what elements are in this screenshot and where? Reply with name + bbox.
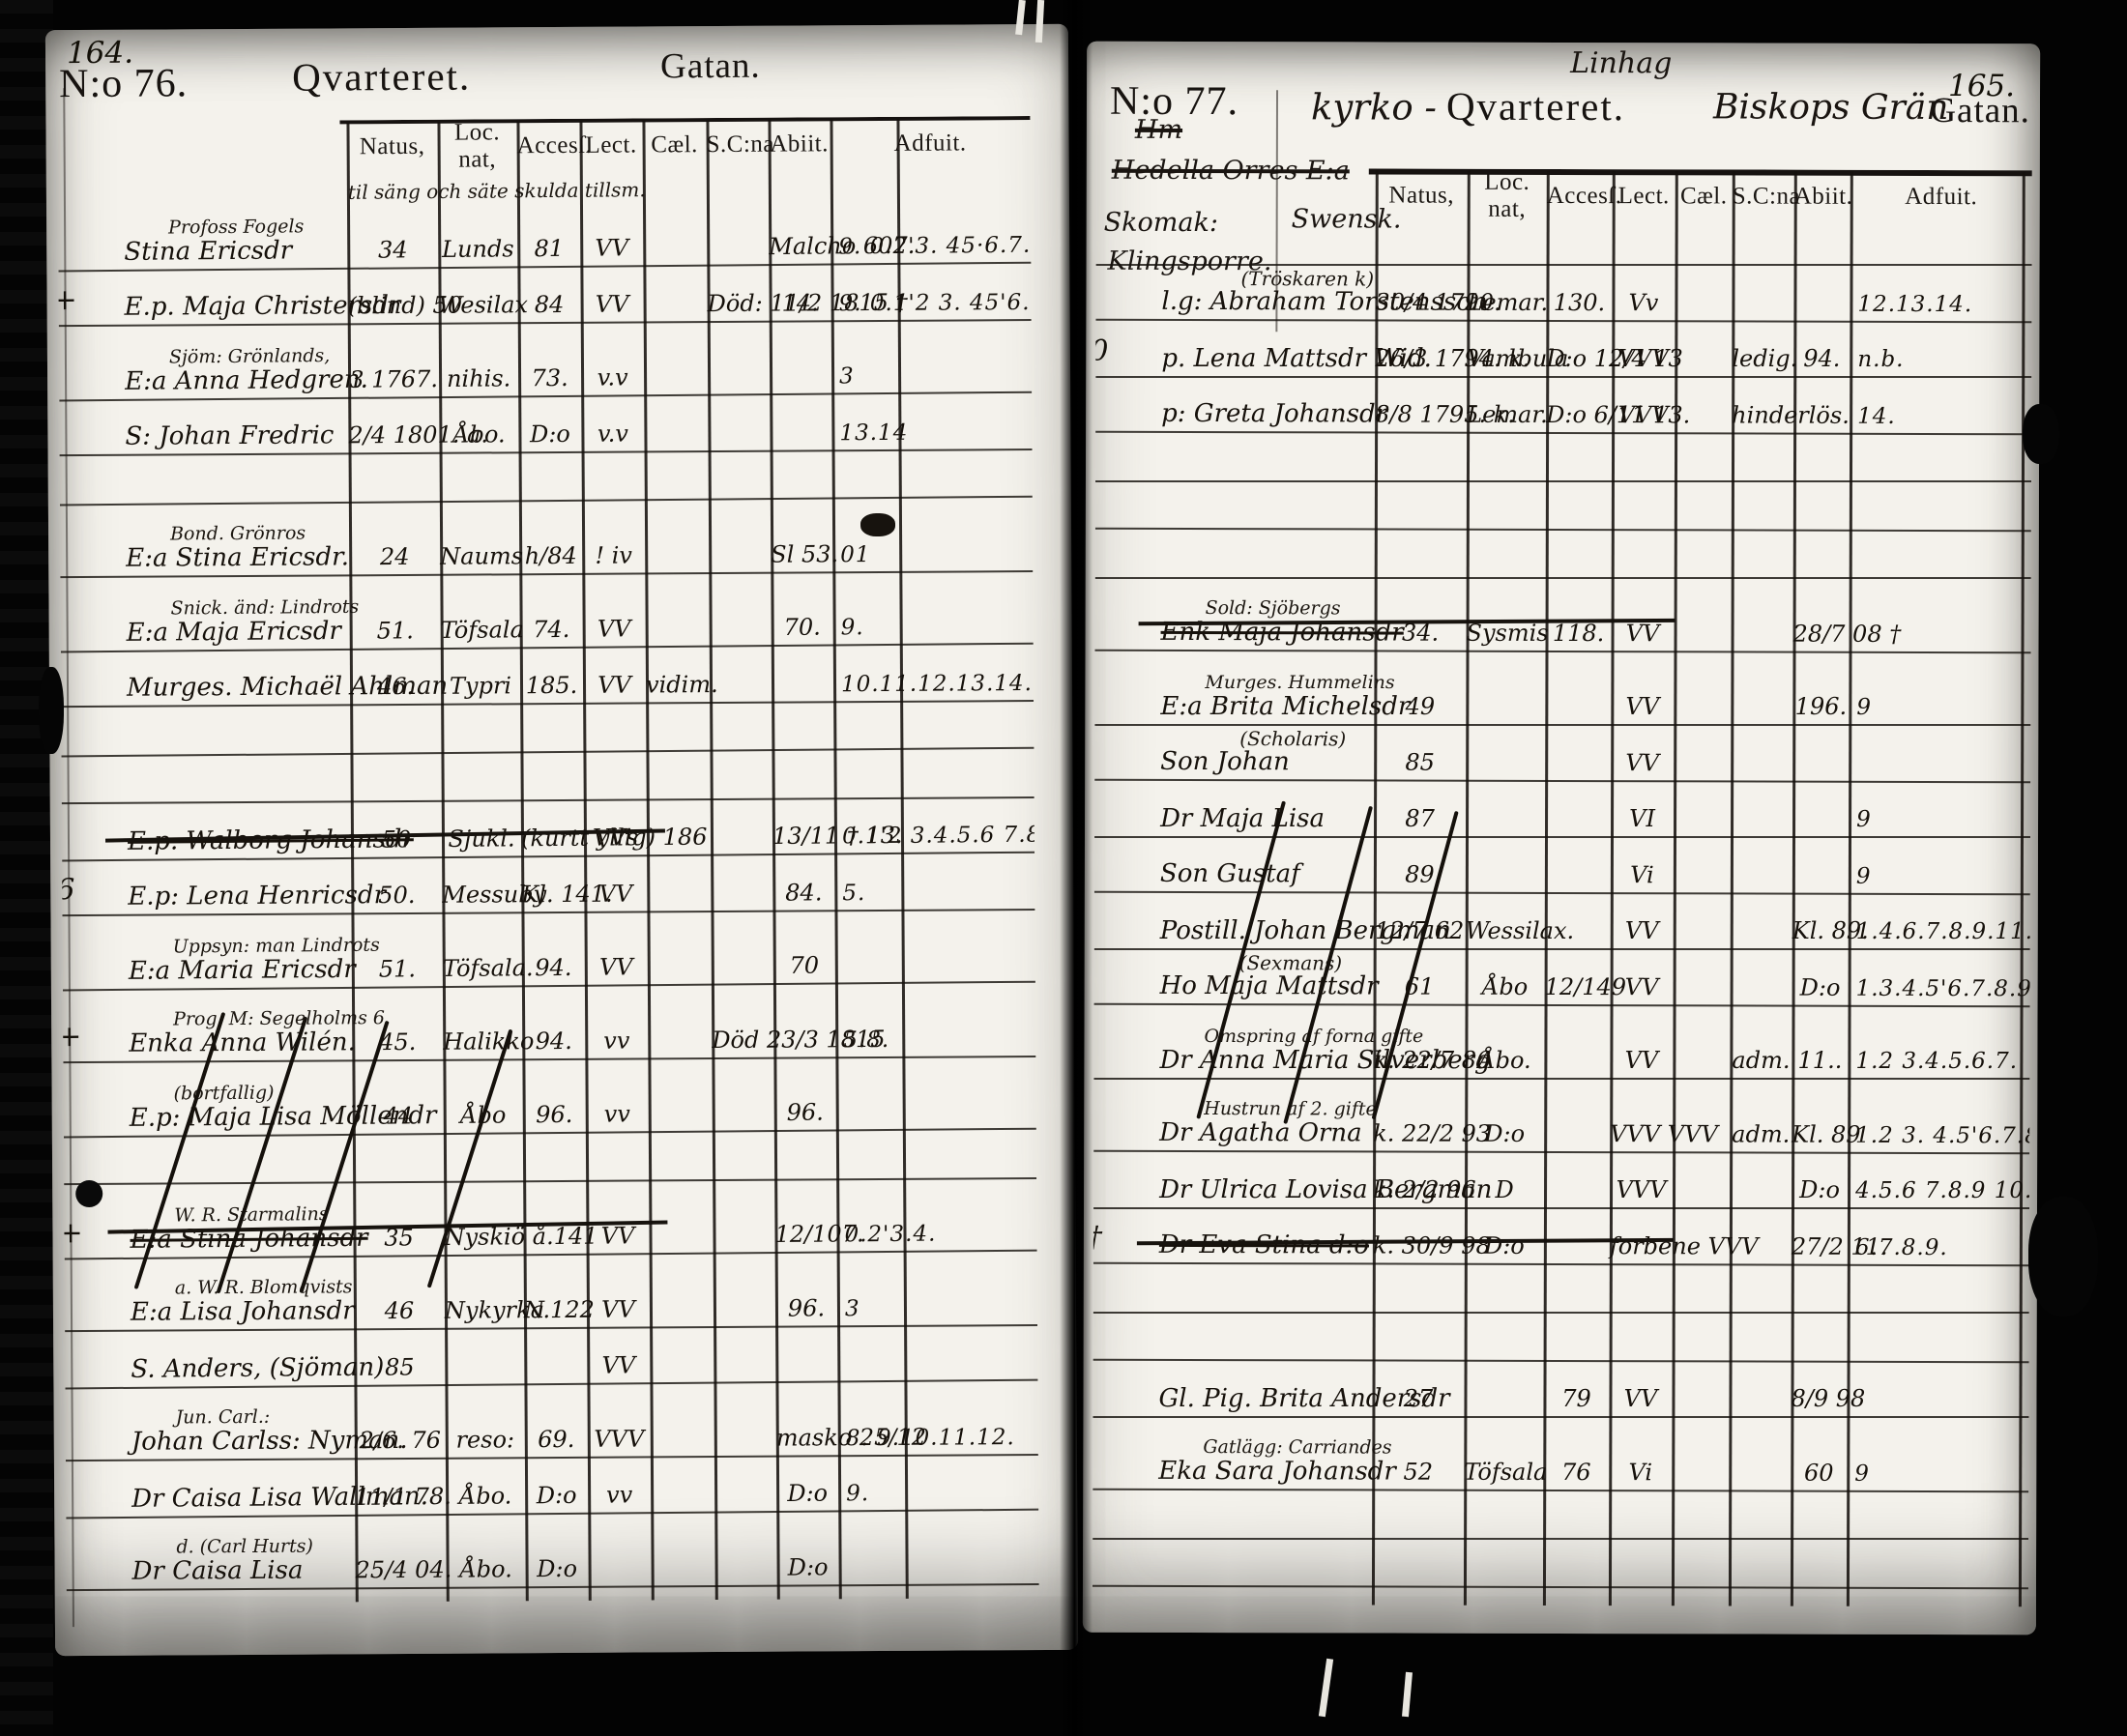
adfuit-cell: 9 xyxy=(1849,807,2030,836)
lect-cell: VV xyxy=(1611,749,1674,780)
book-gutter-shadow xyxy=(1060,0,1093,1736)
name-cell: Uppsyn: man LindrotsE:a Maria Ericsdr xyxy=(62,915,352,990)
locnat-cell: Sjukl. xyxy=(442,825,521,856)
table-row: Omspring af forna gifteDr Anna Maria Sil… xyxy=(1093,1006,2029,1080)
scna-cell xyxy=(711,907,772,911)
natus-cell: k. 30/9 98 xyxy=(1373,1231,1465,1262)
locnat-cell: Åbo. xyxy=(439,420,518,452)
acc-cell: 96. xyxy=(523,1101,586,1133)
hand-note-linhag: Linhag xyxy=(1570,46,1672,80)
empty-ruled-row xyxy=(60,449,1033,506)
adfuit-cell: 13.14 xyxy=(831,420,1032,449)
table-row: Profoss FogelsStina Ericsdr34Lunds81VVMa… xyxy=(58,169,1032,273)
name-cell: Bond. GrönrosE:a Stina Ericsdr. xyxy=(60,503,349,576)
empty-ruled-row xyxy=(1093,1588,2028,1610)
natus-cell: 51. xyxy=(350,617,441,649)
lect-cell: ! iv xyxy=(582,541,645,572)
natus-cell: 45. xyxy=(352,1028,443,1060)
cael-cell xyxy=(1672,1486,1729,1490)
interlinear-note: (Scholaris) xyxy=(1239,727,1346,750)
occupation-line: Omspring af forna gifte xyxy=(1159,1027,1373,1047)
name-cell: Gatlägg: CarriandesEka Sara Johansdr xyxy=(1093,1417,1372,1490)
table-row: Gl. Pig. Brita Andersdr2779VV8/9 98 xyxy=(1093,1362,2029,1418)
natus-cell: 89 xyxy=(1374,860,1466,891)
natus-cell: 46 xyxy=(354,1297,445,1329)
person-name: Enka Anna Wilén. xyxy=(129,1029,352,1058)
abiit-cell: D:o xyxy=(777,1553,839,1584)
abiit-cell xyxy=(772,697,833,701)
acc-cell xyxy=(524,1250,587,1255)
scanned-book-spread: 164. N:o 76. Qvarteret. Gatan. Natus,Loc… xyxy=(0,0,2127,1736)
column-header: S.C:na xyxy=(707,131,769,159)
name-cell: Sjöm: Grönlands,E:a Anna Hedgren. xyxy=(59,326,349,400)
locnat-cell: Sysmis xyxy=(1467,620,1546,651)
occupation-line: d. (Carl Hurts) xyxy=(131,1538,355,1558)
person-name: Stina Ericsdr xyxy=(124,237,347,267)
natus-cell: 51. xyxy=(352,955,443,987)
scna-cell xyxy=(1732,647,1793,651)
cael-cell xyxy=(1673,1074,1730,1078)
cael-cell xyxy=(1673,1259,1730,1263)
acc-cell: D:o xyxy=(518,420,581,451)
adfuit-cell: 3 xyxy=(831,362,1032,393)
occupation-line: Prog. M: Segelholms 6. xyxy=(129,1010,352,1030)
lect-cell: VV xyxy=(1610,1047,1673,1078)
occupation-line: Gatlägg: Carriandes xyxy=(1158,1438,1372,1459)
cael-cell xyxy=(651,1508,714,1513)
acc-cell: 73. xyxy=(518,364,581,396)
occupation-line: Jun. Carl.: xyxy=(131,1408,355,1429)
locnat-cell xyxy=(1466,720,1545,724)
abiit-cell: 84. xyxy=(772,879,834,910)
person-name: Dr Agatha Orna xyxy=(1159,1119,1373,1147)
person-name: E.p. Walborg Johansdr xyxy=(128,826,351,856)
locnat-cell: Wesilax xyxy=(439,291,518,323)
name-cell: +E.p. Maja Christersdr xyxy=(58,269,347,325)
scna-cell: hinderlös. xyxy=(1732,401,1793,432)
abiit-cell: 13/11 † 13. xyxy=(772,823,834,854)
acc-cell: D:o 12/4 13 xyxy=(1546,345,1612,376)
table-row: Hustrun af 2. gifteDr Agatha Ornak. 22/2… xyxy=(1093,1079,2029,1155)
name-cell: S. Anders, (Sjöman) xyxy=(65,1331,354,1388)
table-row: Dr Ulrica Lovisa Bergmank. 2/2 96DVVVD:o… xyxy=(1093,1153,2029,1209)
scna-cell xyxy=(1730,1203,1792,1207)
table-row: 6E.p: Lena Henricsdr50.MessubyKl. 141.VV… xyxy=(62,854,1034,916)
table-row: Dr Caisa Lisa Wallman.11/1 78.Åbo.D:ovvD… xyxy=(66,1455,1038,1519)
locnat-cell: Lemar. xyxy=(1467,401,1546,432)
scna-cell xyxy=(715,1581,777,1585)
abiit-cell: 196. xyxy=(1792,693,1849,724)
abiit-cell: Malcho 607. xyxy=(769,233,830,265)
cael-cell: vidim. xyxy=(646,671,710,702)
acc-cell xyxy=(1545,776,1611,780)
page-title-left: Qvarteret. xyxy=(292,53,471,101)
adfuit-cell xyxy=(1850,648,2031,651)
locnat-cell: Messuby xyxy=(442,881,521,912)
name-cell: p: Greta Johansdr xyxy=(1095,377,1375,432)
locnat-cell: Nyskiö å.141 xyxy=(444,1223,523,1255)
scna-cell xyxy=(1731,776,1792,780)
cael-cell xyxy=(1673,1203,1730,1207)
person-name: p. Lena Mattsdr Wid. xyxy=(1161,345,1375,373)
acc-cell: D:o xyxy=(525,1482,588,1514)
ink-blot xyxy=(75,1180,102,1207)
adfuit-cell xyxy=(836,1124,1036,1130)
natus-cell: k. 22/2 93 xyxy=(1373,1119,1465,1150)
adfuit-cell: 9. 0.1'2 3. 45'6.7.8. 9 10. xyxy=(831,289,1039,320)
cael-cell xyxy=(652,1581,715,1585)
table-row: Jun. Carl.:Johan Carlss: Nyman.2/6. 76re… xyxy=(65,1382,1037,1461)
register-table-right: Natus,Loc. nat,Accesſ.Lect.Cæl.S.C:naAbi… xyxy=(1093,168,2032,1611)
empty-ruled-row xyxy=(1095,531,2031,579)
scna-cell xyxy=(709,568,771,572)
abiit-cell: 96. xyxy=(775,1294,837,1325)
name-cell: Hustrun af 2. gifteDr Agatha Orna xyxy=(1093,1079,1373,1151)
column-header: Abiit. xyxy=(1794,184,1850,211)
cael-cell xyxy=(648,980,712,985)
table-row: Murges. HummelinsE:a Brita Michelsdr49VV… xyxy=(1094,652,2030,726)
cael-cell xyxy=(644,317,708,321)
acc-cell: 118. xyxy=(1546,620,1612,651)
person-name: Gl. Pig. Brita Andersdr xyxy=(1159,1385,1373,1413)
cael-cell xyxy=(1675,316,1732,320)
empty-ruled-row xyxy=(1095,434,2031,482)
name-cell: +Prog. M: Segelholms 6.Enka Anna Wilén. xyxy=(63,988,352,1061)
lect-cell xyxy=(589,1581,652,1585)
table-row: d. (Carl Hurts)Dr Caisa Lisa25/4 04.Åbo.… xyxy=(66,1512,1038,1591)
table-row: Uppsyn: man LindrotsE:a Maria Ericsdr51.… xyxy=(62,910,1035,992)
hand-title-kyrko: kyrko - xyxy=(1311,86,1437,128)
empty-ruled-row xyxy=(1096,217,2032,266)
lect-cell: VV xyxy=(580,234,643,266)
name-cell: Dr Caisa Lisa Wallman. xyxy=(66,1461,355,1518)
acc-cell: D:o xyxy=(526,1555,589,1586)
table-row: Sjöm: Grönlands,E:a Anna Hedgren.3 1767.… xyxy=(59,320,1033,402)
person-name: Dr Caisa Lisa Wallman. xyxy=(131,1484,355,1514)
adfuit-cell: 0.1'2 3.4.5.6 7.8.†10. xyxy=(834,822,1039,853)
lect-cell: vv xyxy=(586,1100,649,1132)
table-row: 0p. Lena Mattsdr Wid.26/3 1794. k.Vambul… xyxy=(1095,322,2031,378)
occupation-line: Bond. Grönros xyxy=(126,525,349,545)
cael-cell xyxy=(1674,944,1731,948)
abiit-cell: 27/2 11. xyxy=(1792,1233,1848,1264)
header-gutter xyxy=(1096,195,1376,196)
locnat-cell: D:o xyxy=(1465,1232,1544,1263)
scna-cell xyxy=(714,1322,775,1326)
adfuit-cell: 1.4.6.7.8.9.11. xyxy=(1849,919,2032,948)
adfuit-cell: 9. xyxy=(833,614,1034,645)
table-row: +W. R. StarmalinsE:a Stina Johansdr35Nys… xyxy=(64,1178,1037,1260)
acc-cell xyxy=(1545,888,1611,892)
locnat-cell xyxy=(1465,1412,1544,1416)
page-title-right: Qvarteret. xyxy=(1446,83,1625,130)
acc-cell: 94. xyxy=(522,1027,585,1058)
lect-cell: VVV xyxy=(1612,401,1675,432)
lect-cell: VI xyxy=(1611,805,1674,836)
lect-cell: vv xyxy=(585,1027,648,1057)
adfuit-cell: 5.8. xyxy=(835,1027,1035,1056)
column-header: Lect. xyxy=(1613,183,1675,210)
cael-cell xyxy=(1674,888,1731,892)
person-name: E:a Maja Ericsdr xyxy=(127,618,350,648)
cael-cell xyxy=(644,391,708,395)
locnat-cell: reso: xyxy=(446,1426,525,1458)
name-cell: Son Gustaf xyxy=(1094,837,1374,892)
scna-cell: Död: 11/2 1815 † xyxy=(708,290,770,321)
occupation-line: Profoss Fogels xyxy=(124,217,347,239)
locnat-cell: Naums xyxy=(440,542,519,574)
person-name: Johan Carlss: Nyman. xyxy=(131,1428,355,1457)
table-row: S: Johan Fredric2/4 1801. a.Åbo.D:ov.v13… xyxy=(59,394,1032,456)
cael-cell xyxy=(646,642,710,647)
abiit-cell: masko 25/12 xyxy=(776,1424,838,1455)
locnat-cell: Lunds xyxy=(438,235,517,267)
table-row: Sold: SjöbergsEnk Maja Johansdr34.Sysmis… xyxy=(1095,578,2031,654)
abiit-cell: 94. xyxy=(1793,345,1850,376)
abiit-cell: D:o xyxy=(1792,974,1849,1005)
margin-mark: † xyxy=(1093,1221,1102,1255)
lect-cell: VVs xyxy=(584,824,647,855)
lect-cell: VV xyxy=(581,290,644,321)
scna-cell xyxy=(1731,944,1792,948)
abiit-cell: Sl 53. xyxy=(771,540,832,571)
locnat-cell: Åbo. xyxy=(447,1555,526,1587)
abiit-cell xyxy=(1792,832,1849,836)
adfuit-cell: 01 xyxy=(832,541,1033,571)
person-name: Murges. Michaël Ahlman xyxy=(127,674,350,703)
table-row: Son Johan85VV(Scholaris) xyxy=(1094,725,2030,784)
acc-cell: Kl. 141. xyxy=(521,881,584,911)
person-name: Dr Maja Lisa xyxy=(1160,805,1374,833)
adfuit-cell xyxy=(1848,1412,2029,1416)
person-name: Son Johan xyxy=(1160,748,1374,776)
acc-cell: 69. xyxy=(525,1426,588,1457)
column-header: Cæl. xyxy=(643,131,707,159)
adfuit-cell xyxy=(835,977,1035,983)
adfuit-cell: 1.2 3. 4.5'6.7.8 9.10 11. xyxy=(1848,1123,2032,1153)
abiit-cell xyxy=(1793,317,1850,321)
adfuit-cell: 9 xyxy=(1849,864,2030,893)
acc-cell: 81 xyxy=(517,235,580,267)
adfuit-cell: 6.7.8.9. xyxy=(1848,1235,2029,1264)
cael-cell xyxy=(1673,1147,1730,1151)
name-cell: 6E.p: Lena Henricsdr xyxy=(62,858,351,914)
cael-cell xyxy=(651,1452,714,1456)
scna-cell xyxy=(710,698,772,702)
empty-ruled-row xyxy=(61,701,1034,758)
lect-cell: v.v xyxy=(581,363,644,395)
table-row: Bond. GrönrosE:a Stina Ericsdr.24Naumsh/… xyxy=(60,499,1033,578)
cael-cell xyxy=(645,447,709,450)
person-name: Dr Anna Maria Silverberg xyxy=(1159,1047,1373,1075)
name-cell: d. (Carl Hurts)Dr Caisa Lisa xyxy=(66,1516,355,1589)
adfuit-cell xyxy=(837,1375,1037,1381)
name-cell: Snick. änd: LindrotsE:a Maja Ericsdr xyxy=(60,577,350,651)
acc-cell: 94. xyxy=(522,954,585,986)
person-name: E.p: Maja Lisa Möllendr xyxy=(130,1103,353,1133)
scan-speckle xyxy=(1319,1659,1333,1717)
scna-cell xyxy=(714,1248,775,1253)
acc-cell: 76 xyxy=(1543,1459,1609,1490)
lect-cell: Vi xyxy=(1611,861,1674,892)
scna-cell xyxy=(709,447,771,450)
scna-cell xyxy=(1729,1486,1791,1490)
lect-cell: VV xyxy=(1611,973,1674,1004)
column-header: Natus, xyxy=(1376,182,1468,209)
occupation-line: Hustrun af 2. gifte xyxy=(1159,1100,1373,1120)
margin-mark: 0 xyxy=(1093,334,1109,368)
person-name: E.p: Lena Henricsdr xyxy=(128,882,351,911)
acc-cell xyxy=(1544,1074,1610,1078)
scna-cell xyxy=(1730,1259,1792,1263)
cael-cell xyxy=(1674,720,1731,724)
lect-cell: VV xyxy=(583,615,646,647)
abiit-cell: 14. xyxy=(770,289,831,320)
lect-cell: VV xyxy=(587,1295,650,1326)
locnat-cell: Typri xyxy=(441,672,520,704)
adfuit-cell: 9. 0.2'3. 45·6.7. xyxy=(830,233,1031,264)
table-row: Gatlägg: CarriandesEka Sara Johansdr52Tö… xyxy=(1093,1417,2028,1493)
cael-cell xyxy=(1673,1412,1730,1416)
person-name: Ho Maja Mattsdr xyxy=(1160,972,1374,1000)
abiit-cell: 12/107. xyxy=(774,1220,836,1252)
acc-cell xyxy=(1545,944,1611,948)
table-row: (bortfallig)E.p: Maja Lisa Möllendr44Åbo… xyxy=(63,1056,1036,1139)
natus-cell: 2/4 1801. a. xyxy=(348,421,439,453)
empty-ruled-row xyxy=(61,750,1034,804)
margin-mark: + xyxy=(57,1020,81,1054)
name-cell: (bortfallig)E.p: Maja Lisa Möllendr xyxy=(63,1062,353,1137)
natus-cell: 61 xyxy=(1374,972,1466,1003)
table-row: l.g: Abraham Torstensson30/4 1790.Lemar.… xyxy=(1095,265,2031,324)
locnat-cell xyxy=(445,1379,524,1384)
natus-cell: 8/8 1795. k. xyxy=(1375,400,1467,431)
lect-cell: Vi xyxy=(1609,1459,1672,1490)
acc-cell: 12/149 xyxy=(1545,973,1611,1004)
column-header: S.C:na xyxy=(1733,183,1794,210)
scna-cell xyxy=(1731,888,1792,892)
column-header: Adfuit. xyxy=(830,130,1031,158)
scna-cell xyxy=(712,979,773,984)
column-header: Accesſ. xyxy=(1547,183,1613,210)
lect-cell: VV xyxy=(1611,693,1674,724)
cael-cell xyxy=(645,568,709,572)
adfuit-cell: 3 xyxy=(837,1295,1037,1325)
ink-smudge xyxy=(860,513,895,536)
scna-cell xyxy=(714,1507,776,1512)
lect-cell: forbene VVV xyxy=(1610,1232,1673,1263)
street-label-right: Gatan. xyxy=(1930,90,2030,131)
acc-cell xyxy=(1544,1259,1610,1263)
left-page: 164. N:o 76. Qvarteret. Gatan. Natus,Loc… xyxy=(45,24,1078,1656)
cael-cell xyxy=(1674,776,1731,780)
person-name: E:a Anna Hedgren. xyxy=(125,366,348,396)
scna-cell: adm. xyxy=(1730,1120,1792,1151)
acc-cell: h/84 xyxy=(519,542,582,573)
name-cell: 0p. Lena Mattsdr Wid. xyxy=(1095,322,1375,376)
abiit-cell: 96. xyxy=(774,1098,836,1130)
locnat-cell: D:o xyxy=(1465,1120,1544,1151)
cael-cell xyxy=(649,1127,713,1132)
abiit-cell: Kl. 89 xyxy=(1792,1121,1848,1152)
scna-cell: adm. xyxy=(1730,1047,1792,1078)
name-cell: Dr Ulrica Lovisa Bergman xyxy=(1093,1153,1373,1207)
acc-cell xyxy=(524,1379,587,1384)
lect-cell: VV xyxy=(586,1222,649,1254)
abiit-cell: 60 xyxy=(1791,1460,1847,1490)
person-name: E:a Stina Ericsdr. xyxy=(126,544,349,573)
person-name: E:a Brita Michelsdr xyxy=(1160,693,1374,721)
adfuit-cell: 10.11.12.13.14. xyxy=(833,671,1034,701)
scna-cell xyxy=(1731,832,1792,836)
person-name: E:a Maria Ericsdr xyxy=(129,956,352,986)
scna-cell xyxy=(713,1126,774,1131)
scan-artifact xyxy=(2023,404,2059,464)
abiit-cell xyxy=(1792,777,1849,781)
locnat-cell: Åbo xyxy=(1466,973,1545,1004)
cael-cell xyxy=(650,1322,714,1326)
scna-cell xyxy=(708,390,770,394)
margin-mark: + xyxy=(58,1216,82,1250)
scan-speckle xyxy=(1402,1672,1413,1717)
cael-cell xyxy=(650,1249,714,1254)
scna-cell xyxy=(710,641,772,646)
acc-cell xyxy=(1544,1147,1610,1151)
cael-cell xyxy=(1675,647,1732,651)
acc-cell: 130. xyxy=(1546,289,1612,320)
empty-ruled-row xyxy=(1093,1313,2029,1364)
locnat-cell: Töfsala xyxy=(1464,1459,1543,1490)
lect-cell: VVV xyxy=(588,1425,651,1456)
scan-artifact xyxy=(39,667,64,754)
occupation-line: Sold: Sjöbergs xyxy=(1161,599,1375,620)
locnat-cell xyxy=(1466,888,1545,892)
adfuit-cell: 0.2'3.4. xyxy=(836,1221,1036,1252)
adfuit-cell: 9 xyxy=(1847,1461,2028,1490)
scna-cell xyxy=(707,260,769,265)
locnat-cell: Töfsala. xyxy=(443,954,522,986)
abiit-cell: Kl. 89. xyxy=(1792,917,1849,948)
locnat-cell: Töfsala xyxy=(441,616,520,648)
right-page: 165. N:o 77. Linhag kyrko - Qvarteret. B… xyxy=(1083,42,2040,1635)
lect-cell: VV xyxy=(1610,1385,1673,1416)
table-row: †Dr Eva Stina d:ok. 30/9 98D:oforbene VV… xyxy=(1093,1208,2029,1267)
cael-cell xyxy=(650,1378,714,1383)
scna-cell xyxy=(1732,316,1793,320)
interlinear-note: (Tröskaren k) xyxy=(1240,267,1374,290)
locnat-cell: Nykyrka xyxy=(445,1296,524,1328)
person-name: p: Greta Johansdr xyxy=(1161,400,1375,428)
name-cell: Jun. Carl.:Johan Carlss: Nyman. xyxy=(65,1386,354,1460)
cael-cell xyxy=(1675,428,1732,432)
abiit-cell xyxy=(770,390,831,394)
name-cell: Murges. HummelinsE:a Brita Michelsdr xyxy=(1094,652,1374,724)
empty-ruled-row xyxy=(1093,1491,2028,1540)
abiit-cell: D:o xyxy=(776,1479,838,1511)
abiit-cell xyxy=(775,1376,837,1381)
margin-note-struck: Hm xyxy=(1135,115,1182,145)
adfuit-cell: 12.13.14. xyxy=(1850,292,2031,321)
acc-cell xyxy=(1545,832,1611,836)
person-name: S: Johan Fredric xyxy=(125,422,348,451)
locnat-cell: Wessilax. xyxy=(1466,917,1545,948)
locnat-cell: nihis. xyxy=(439,364,518,396)
acc-cell: (kurtt yllig) 186 xyxy=(521,825,584,856)
lect-cell: VVV VVV xyxy=(1610,1120,1673,1151)
acc-cell: 185. xyxy=(520,672,583,703)
acc-cell: 84 xyxy=(518,291,581,322)
column-header: Loc. nat, xyxy=(1468,169,1547,223)
